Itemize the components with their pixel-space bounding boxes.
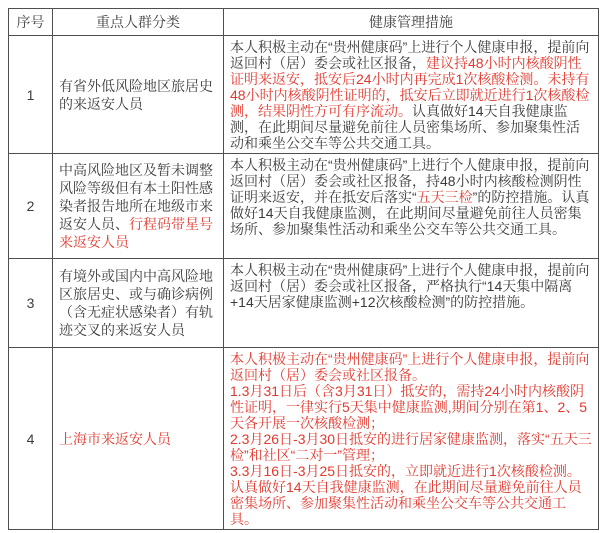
text-segment-highlight: 2.3月26日-3月30日抵安的进行居家健康监测，落实“五天三检”和社区“二对一…: [230, 431, 592, 463]
category-text-highlight: 上海市来返安人员: [59, 431, 171, 447]
row-number-cell: 1: [9, 36, 53, 154]
measures-paragraph: 1.3月31日后（含3月31日）抵安的，需持24小时内核酸阴性证明，一律实行5天…: [230, 383, 593, 431]
measures-paragraph: 本人积极主动在“贵州健康码”上进行个人健康申报，提前向返回村（居）委会或社区报备…: [230, 157, 593, 237]
table-row: 1 有省外低风险地区旅居史的来返安人员 本人积极主动在“贵州健康码”上进行个人健…: [9, 36, 599, 154]
table-row: 4 上海市来返安人员 本人积极主动在“贵州健康码”上进行个人健康申报，提前向返回…: [9, 348, 599, 530]
category-cell: 有境外或国内中高风险地区旅居史、或与确诊病例（含无症状感染者）有轨迹交叉的来返安…: [53, 259, 224, 348]
col-header-category: 重点人群分类: [53, 9, 224, 36]
row-number-cell: 2: [9, 154, 53, 259]
category-cell: 有省外低风险地区旅居史的来返安人员: [53, 36, 224, 154]
header-row: 序号 重点人群分类 健康管理措施: [9, 9, 599, 36]
text-segment-highlight: 认真做好14天自我健康监测，在此期间尽量避免前往人员密集场所、参加聚集性活动和乘…: [230, 479, 582, 527]
category-cell: 中高风险地区及暂未调整风险等级但有本土阳性感染者报告地所在地级市来返安人员、行程…: [53, 154, 224, 259]
measures-cell: 本人积极主动在“贵州健康码”上进行个人健康申报，提前向返回村（居）委会或社区报备…: [224, 154, 599, 259]
measures-cell: 本人积极主动在“贵州健康码”上进行个人健康申报，提前向返回村（居）委会或社区报备…: [224, 348, 599, 530]
row-number-cell: 4: [9, 348, 53, 530]
key-population-table: 序号 重点人群分类 健康管理措施 1 有省外低风险地区旅居史的来返安人员 本人积…: [8, 8, 599, 530]
text-segment-highlight: 五天三检: [417, 189, 473, 205]
measures-cell: 本人积极主动在“贵州健康码”上进行个人健康申报，提前向返回村（居）委会或社区报备…: [224, 259, 599, 348]
category-text: 有省外低风险地区旅居史的来返安人员: [59, 78, 213, 112]
text-segment: 本人积极主动在“贵州健康码”上进行个人健康申报，提前向返回村（居）委会或社区报备…: [230, 262, 589, 310]
text-segment-highlight: 本人积极主动在“贵州健康码”上进行个人健康申报，提前向返回村（居）委会或社区报备…: [230, 351, 589, 383]
category-cell: 上海市来返安人员: [53, 348, 224, 530]
col-header-number: 序号: [9, 9, 53, 36]
text-segment-highlight: 3.3月16日-3月25日抵安的，立即就近进行1次核酸检测。: [230, 463, 581, 479]
measures-paragraph: 本人积极主动在“贵州健康码”上进行个人健康申报，提前向返回村（居）委会或社区报备…: [230, 39, 593, 151]
measures-paragraph: 3.3月16日-3月25日抵安的，立即就近进行1次核酸检测。: [230, 463, 593, 479]
measures-paragraph: 本人积极主动在“贵州健康码”上进行个人健康申报，提前向返回村（居）委会或社区报备…: [230, 351, 593, 383]
col-header-measures: 健康管理措施: [224, 9, 599, 36]
category-text: 有境外或国内中高风险地区旅居史、或与确诊病例（含无症状感染者）有轨迹交叉的来返安…: [59, 268, 213, 338]
row-number-cell: 3: [9, 259, 53, 348]
table-row: 3 有境外或国内中高风险地区旅居史、或与确诊病例（含无症状感染者）有轨迹交叉的来…: [9, 259, 599, 348]
text-segment-highlight: 1.3月31日后（含3月31日）抵安的，需持24小时内核酸阴性证明，一律实行5天…: [230, 383, 587, 431]
measures-cell: 本人积极主动在“贵州健康码”上进行个人健康申报，提前向返回村（居）委会或社区报备…: [224, 36, 599, 154]
page-body: 序号 重点人群分类 健康管理措施 1 有省外低风险地区旅居史的来返安人员 本人积…: [0, 0, 604, 533]
measures-paragraph: 2.3月26日-3月30日抵安的进行居家健康监测，落实“五天三检”和社区“二对一…: [230, 431, 593, 463]
table-row: 2 中高风险地区及暂未调整风险等级但有本土阳性感染者报告地所在地级市来返安人员、…: [9, 154, 599, 259]
measures-paragraph: 认真做好14天自我健康监测，在此期间尽量避免前往人员密集场所、参加聚集性活动和乘…: [230, 479, 593, 527]
measures-paragraph: 本人积极主动在“贵州健康码”上进行个人健康申报，提前向返回村（居）委会或社区报备…: [230, 262, 593, 310]
